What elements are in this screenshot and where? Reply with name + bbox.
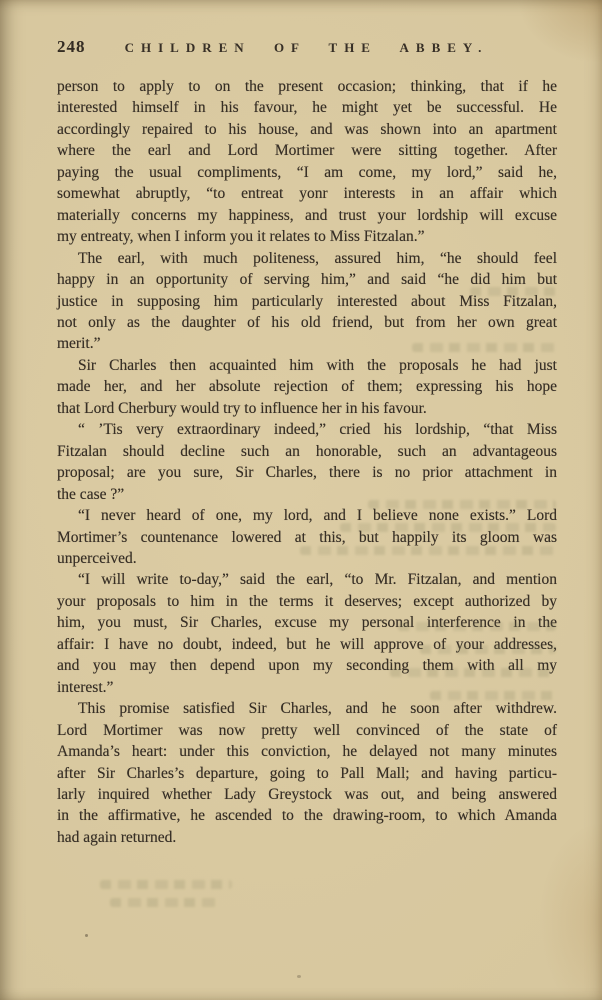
text-line: Fitzalan should decline such an honorabl… <box>57 441 557 462</box>
text-line: person to apply to on the present occasi… <box>57 76 557 97</box>
text-line: somewhat abruptly, “to entreat yonr inte… <box>57 183 557 204</box>
text-line: unperceived. <box>57 548 557 569</box>
text-line: him, you must, Sir Charles, excuse my pe… <box>57 612 557 633</box>
text-line: where the earl and Lord Mortimer were si… <box>57 140 557 161</box>
text-line: This promise satisfied Sir Charles, and … <box>57 698 557 719</box>
bleedthrough-text <box>110 898 220 907</box>
text-line: that Lord Cherbury would try to influenc… <box>57 398 557 419</box>
page-body: person to apply to on the present occasi… <box>57 76 557 848</box>
text-line: larly inquired whether Lady Greystock wa… <box>57 784 557 805</box>
text-line: after Sir Charles’s departure, going to … <box>57 763 557 784</box>
text-line: “ ’Tis very extraordinary indeed,” cried… <box>57 419 557 440</box>
text-line: had again returned. <box>57 827 557 848</box>
text-line: and you may then depend upon my secondin… <box>57 655 557 676</box>
text-line: interest.” <box>57 677 557 698</box>
running-title: CHILDREN OF THE ABBEY. <box>57 40 556 56</box>
paper-speck <box>85 934 88 937</box>
text-line: the case ?” <box>57 484 557 505</box>
text-line: “I will write to-day,” said the earl, “t… <box>57 569 557 590</box>
text-line: merit.” <box>57 333 557 354</box>
page-header: 248 CHILDREN OF THE ABBEY. <box>57 37 556 59</box>
text-line: interested himself in his favour, he mig… <box>57 97 557 118</box>
text-line: paying the usual compliments, “I am come… <box>57 162 557 183</box>
text-line: my entreaty, when I inform you it relate… <box>57 226 557 247</box>
text-line: materially concerns my happiness, and tr… <box>57 205 557 226</box>
text-line: Amanda’s heart: under this conviction, h… <box>57 741 557 762</box>
text-line: proposal; are you sure, Sir Charles, the… <box>57 462 557 483</box>
text-line: affair: I have no doubt, indeed, but he … <box>57 634 557 655</box>
text-line: Sir Charles then acquainted him with the… <box>57 355 557 376</box>
text-line: justice in supposing him particularly in… <box>57 291 557 312</box>
text-line: accordingly repaired to his house, and w… <box>57 119 557 140</box>
text-line: “I never heard of one, my lord, and I be… <box>57 505 557 526</box>
book-page: 248 CHILDREN OF THE ABBEY. person to app… <box>0 0 602 1000</box>
paper-speck <box>297 975 301 978</box>
bleedthrough-text <box>100 880 232 889</box>
text-line: in the affirmative, he ascended to the d… <box>57 805 557 826</box>
text-line: happy in an opportunity of serving him,”… <box>57 269 557 290</box>
text-line: made her, and her absolute rejection of … <box>57 376 557 397</box>
text-line: The earl, with much politeness, assured … <box>57 248 557 269</box>
text-line: not only as the daughter of his old frie… <box>57 312 557 333</box>
text-line: Lord Mortimer was now pretty well convin… <box>57 720 557 741</box>
text-line: your proposals to him in the terms it de… <box>57 591 557 612</box>
text-line: Mortimer’s countenance lowered at this, … <box>57 527 557 548</box>
